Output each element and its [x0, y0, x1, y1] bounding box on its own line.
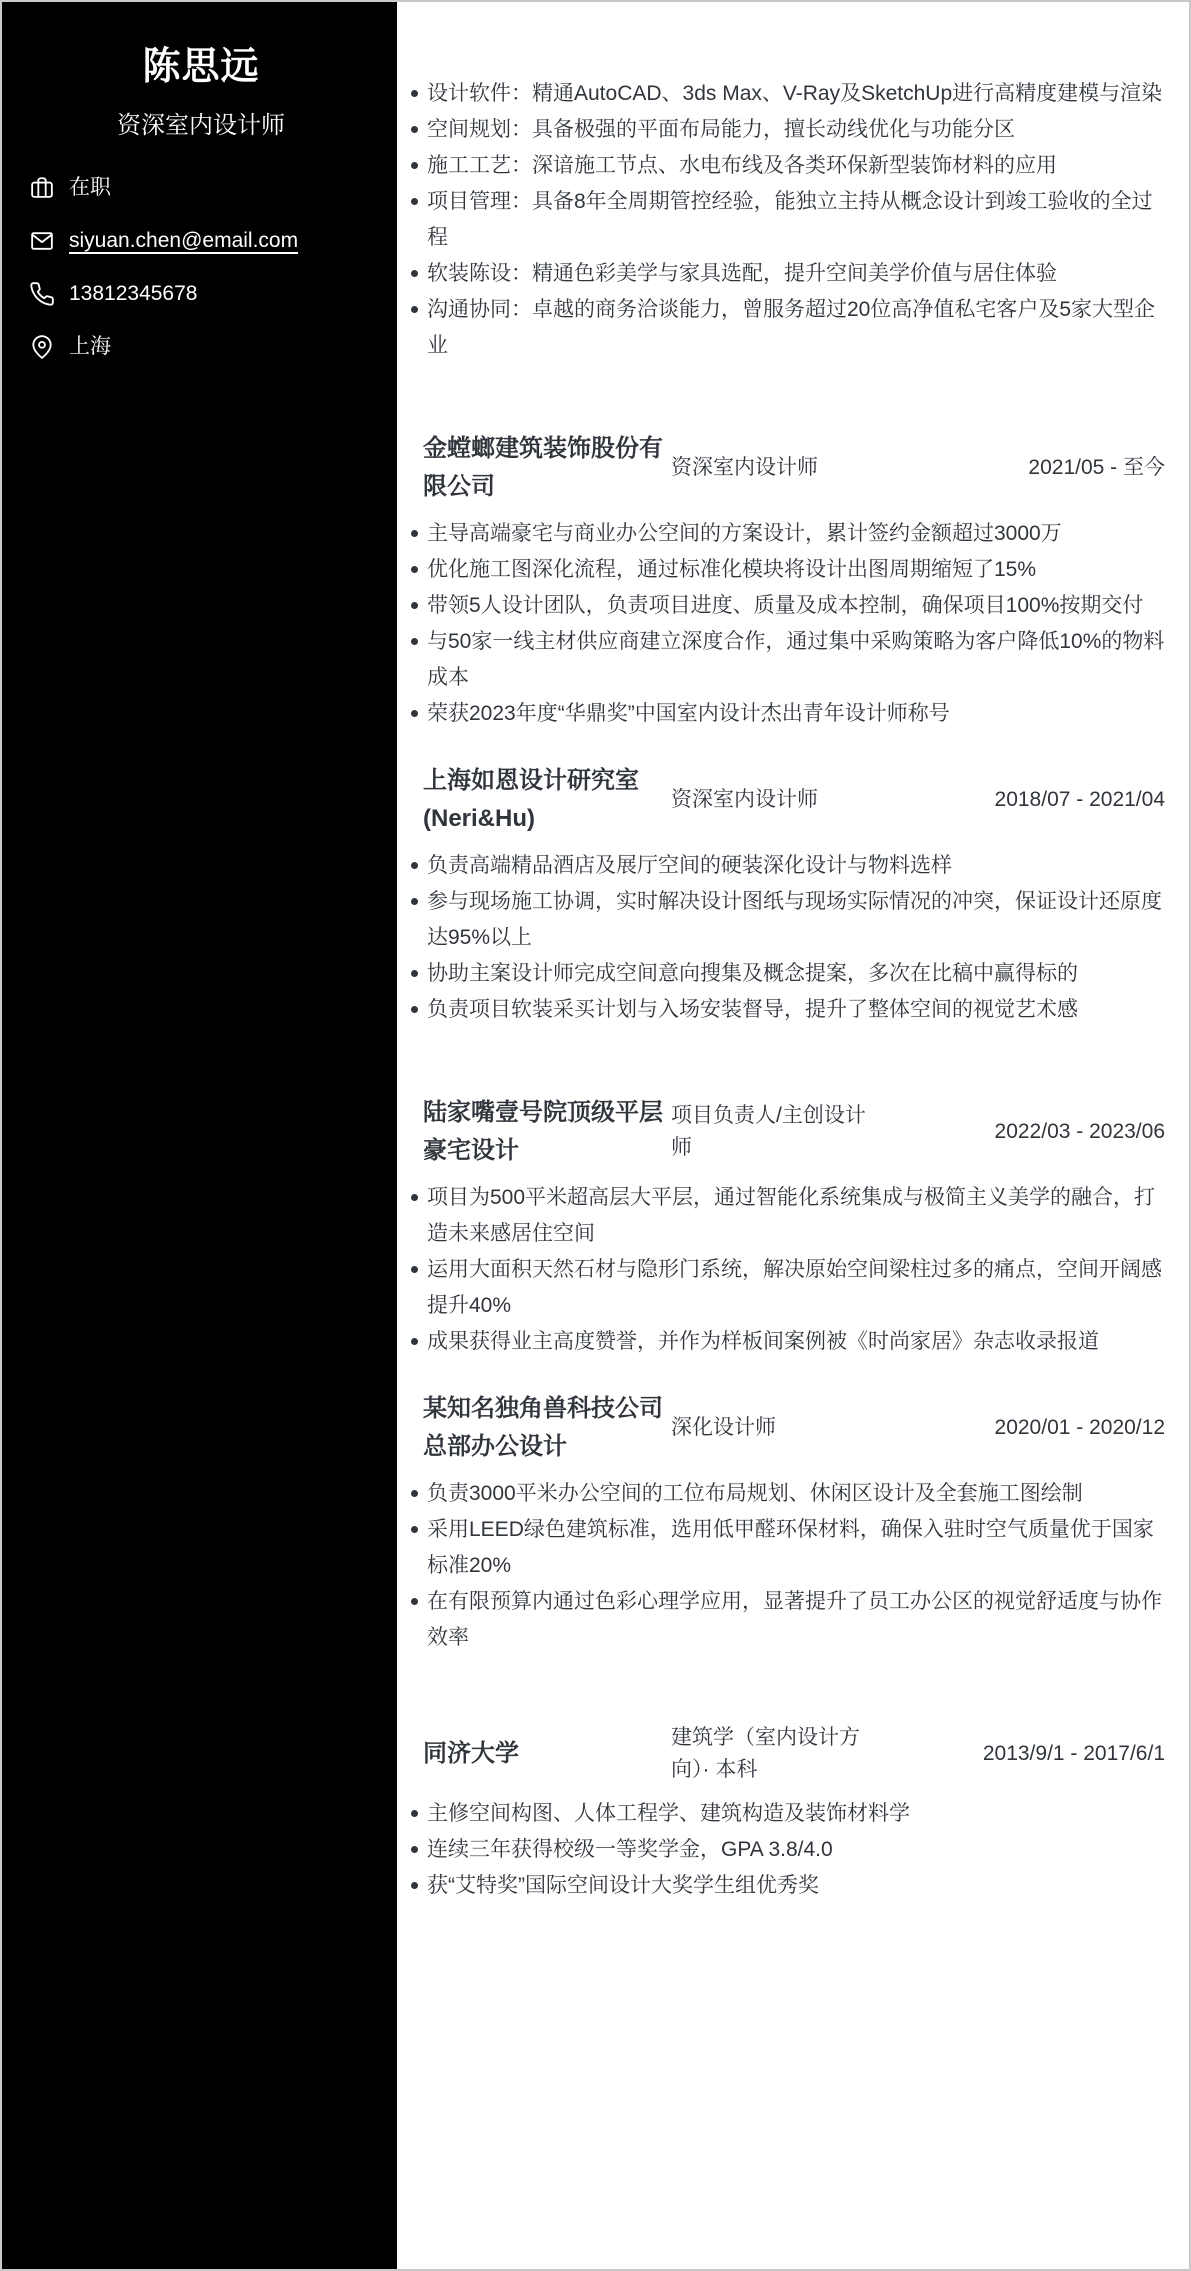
- skill-bullet: 设计软件：精通AutoCAD、3ds Max、V-Ray及SketchUp进行高…: [427, 76, 1165, 112]
- contact-label: 13812345678: [69, 280, 197, 307]
- entry-bullet: 带领5人设计团队，负责项目进度、质量及成本控制，确保项目100%按期交付: [427, 588, 1165, 624]
- skill-bullet: 沟通协同：卓越的商务洽谈能力，曾服务超过20位高净值私宅客户及5家大型企业: [427, 292, 1165, 364]
- entry-bullet: 运用大面积天然石材与隐形门系统，解决原始空间梁柱过多的痛点，空间开阔感提升40%: [427, 1252, 1165, 1324]
- entry-bullet: 连续三年获得校级一等奖学金，GPA 3.8/4.0: [427, 1832, 1165, 1868]
- skills-list: 设计软件：精通AutoCAD、3ds Max、V-Ray及SketchUp进行高…: [423, 76, 1165, 364]
- entry-bullet-list: 负责高端精品酒店及展厅空间的硬装深化设计与物料选样参与现场施工协调，实时解决设计…: [423, 848, 1165, 1028]
- contact-label: 在职: [69, 174, 111, 201]
- entry-bullet-list: 主导高端豪宅与商业办公空间的方案设计，累计签约金额超过3000万优化施工图深化流…: [423, 516, 1165, 732]
- entry-bullet: 参与现场施工协调，实时解决设计图纸与现场实际情况的冲突，保证设计还原度达95%以…: [427, 884, 1165, 956]
- skill-bullet: 软装陈设：精通色彩美学与家具选配，提升空间美学价值与居住体验: [427, 256, 1165, 292]
- entry-header: 陆家嘴壹号院顶级平层豪宅设计 项目负责人/主创设计师 2022/03 - 202…: [423, 1094, 1165, 1170]
- section-education: 同济大学 建筑学（室内设计方向）· 本科 2013/9/1 - 2017/6/1…: [423, 1722, 1165, 1904]
- section-projects: 陆家嘴壹号院顶级平层豪宅设计 项目负责人/主创设计师 2022/03 - 202…: [423, 1094, 1165, 1656]
- contact-label: 上海: [69, 333, 111, 360]
- contact-label[interactable]: siyuan.chen@email.com: [69, 227, 298, 254]
- section-work-experience: 金螳螂建筑装饰股份有限公司 资深室内设计师 2021/05 - 至今 主导高端豪…: [423, 430, 1165, 1028]
- entry-role: 建筑学（室内设计方向）· 本科: [671, 1722, 871, 1786]
- entry-organization: 陆家嘴壹号院顶级平层豪宅设计: [423, 1094, 663, 1170]
- entry-role: 深化设计师: [671, 1412, 871, 1444]
- entry-header: 同济大学 建筑学（室内设计方向）· 本科 2013/9/1 - 2017/6/1: [423, 1722, 1165, 1786]
- entry-bullet: 项目为500平米超高层大平层，通过智能化系统集成与极简主义美学的融合，打造未来感…: [427, 1180, 1165, 1252]
- entry-header: 上海如恩设计研究室 (Neri&Hu) 资深室内设计师 2018/07 - 20…: [423, 762, 1165, 838]
- main-content: 设计软件：精通AutoCAD、3ds Max、V-Ray及SketchUp进行高…: [397, 2, 1189, 2269]
- entry-bullet: 主导高端豪宅与商业办公空间的方案设计，累计签约金额超过3000万: [427, 516, 1165, 552]
- entry-bullet: 获“艾特奖”国际空间设计大奖学生组优秀奖: [427, 1868, 1165, 1904]
- entry-role: 项目负责人/主创设计师: [671, 1100, 871, 1164]
- entry-date: 2020/01 - 2020/12: [871, 1412, 1165, 1444]
- skill-bullet: 空间规划：具备极强的平面布局能力，擅长动线优化与功能分区: [427, 112, 1165, 148]
- entry-bullet: 主修空间构图、人体工程学、建筑构造及装饰材料学: [427, 1796, 1165, 1832]
- entry-bullet: 优化施工图深化流程，通过标准化模块将设计出图周期缩短了15%: [427, 552, 1165, 588]
- entry-bullet: 荣获2023年度“华鼎奖”中国室内设计杰出青年设计师称号: [427, 696, 1165, 732]
- sections-container: 金螳螂建筑装饰股份有限公司 资深室内设计师 2021/05 - 至今 主导高端豪…: [423, 430, 1165, 1904]
- contact-item: 在职: [29, 174, 373, 202]
- contact-item: siyuan.chen@email.com: [29, 227, 373, 255]
- skill-bullet: 项目管理：具备8年全周期管控经验，能独立主持从概念设计到竣工验收的全过程: [427, 184, 1165, 256]
- entry-date: 2018/07 - 2021/04: [871, 784, 1165, 816]
- entry-bullet: 负责3000平米办公空间的工位布局规划、休闲区设计及全套施工图绘制: [427, 1476, 1165, 1512]
- entry-date: 2022/03 - 2023/06: [871, 1116, 1165, 1148]
- experience-entry: 上海如恩设计研究室 (Neri&Hu) 资深室内设计师 2018/07 - 20…: [423, 762, 1165, 1028]
- entry-role: 资深室内设计师: [671, 452, 871, 484]
- contact-item: 13812345678: [29, 280, 373, 308]
- sidebar: 陈思远 资深室内设计师 在职 siyuan.chen@email.com 138…: [2, 2, 397, 2269]
- contact-list: 在职 siyuan.chen@email.com 13812345678 上海: [29, 174, 373, 361]
- contact-item: 上海: [29, 333, 373, 361]
- email-icon: [29, 228, 55, 254]
- entry-date: 2013/9/1 - 2017/6/1: [871, 1738, 1165, 1770]
- entry-organization: 同济大学: [423, 1735, 663, 1773]
- entry-bullet: 负责高端精品酒店及展厅空间的硬装深化设计与物料选样: [427, 848, 1165, 884]
- experience-entry: 同济大学 建筑学（室内设计方向）· 本科 2013/9/1 - 2017/6/1…: [423, 1722, 1165, 1904]
- candidate-name: 陈思远: [29, 44, 373, 92]
- entry-bullet-list: 项目为500平米超高层大平层，通过智能化系统集成与极简主义美学的融合，打造未来感…: [423, 1180, 1165, 1360]
- entry-role: 资深室内设计师: [671, 784, 871, 816]
- resume-page: 陈思远 资深室内设计师 在职 siyuan.chen@email.com 138…: [0, 0, 1191, 2271]
- entry-bullet: 负责项目软装采买计划与入场安装督导，提升了整体空间的视觉艺术感: [427, 992, 1165, 1028]
- entry-header: 某知名独角兽科技公司总部办公设计 深化设计师 2020/01 - 2020/12: [423, 1390, 1165, 1466]
- entry-bullet-list: 主修空间构图、人体工程学、建筑构造及装饰材料学连续三年获得校级一等奖学金，GPA…: [423, 1796, 1165, 1904]
- phone-icon: [29, 281, 55, 307]
- skill-bullet: 施工工艺：深谙施工节点、水电布线及各类环保新型装饰材料的应用: [427, 148, 1165, 184]
- entry-bullet: 协助主案设计师完成空间意向搜集及概念提案，多次在比稿中赢得标的: [427, 956, 1165, 992]
- entry-date: 2021/05 - 至今: [871, 452, 1165, 484]
- candidate-job-title: 资深室内设计师: [29, 109, 373, 143]
- experience-entry: 金螳螂建筑装饰股份有限公司 资深室内设计师 2021/05 - 至今 主导高端豪…: [423, 430, 1165, 732]
- entry-bullet: 成果获得业主高度赞誉，并作为样板间案例被《时尚家居》杂志收录报道: [427, 1324, 1165, 1360]
- entry-bullet: 与50家一线主材供应商建立深度合作，通过集中采购策略为客户降低10%的物料成本: [427, 624, 1165, 696]
- experience-entry: 某知名独角兽科技公司总部办公设计 深化设计师 2020/01 - 2020/12…: [423, 1390, 1165, 1656]
- entry-organization: 上海如恩设计研究室 (Neri&Hu): [423, 762, 663, 838]
- entry-organization: 某知名独角兽科技公司总部办公设计: [423, 1390, 663, 1466]
- location-icon: [29, 334, 55, 360]
- entry-header: 金螳螂建筑装饰股份有限公司 资深室内设计师 2021/05 - 至今: [423, 430, 1165, 506]
- entry-bullet-list: 负责3000平米办公空间的工位布局规划、休闲区设计及全套施工图绘制采用LEED绿…: [423, 1476, 1165, 1656]
- entry-bullet: 在有限预算内通过色彩心理学应用，显著提升了员工办公区的视觉舒适度与协作效率: [427, 1584, 1165, 1656]
- experience-entry: 陆家嘴壹号院顶级平层豪宅设计 项目负责人/主创设计师 2022/03 - 202…: [423, 1094, 1165, 1360]
- entry-bullet: 采用LEED绿色建筑标准，选用低甲醛环保材料，确保入驻时空气质量优于国家标准20…: [427, 1512, 1165, 1584]
- briefcase-icon: [29, 175, 55, 201]
- entry-organization: 金螳螂建筑装饰股份有限公司: [423, 430, 663, 506]
